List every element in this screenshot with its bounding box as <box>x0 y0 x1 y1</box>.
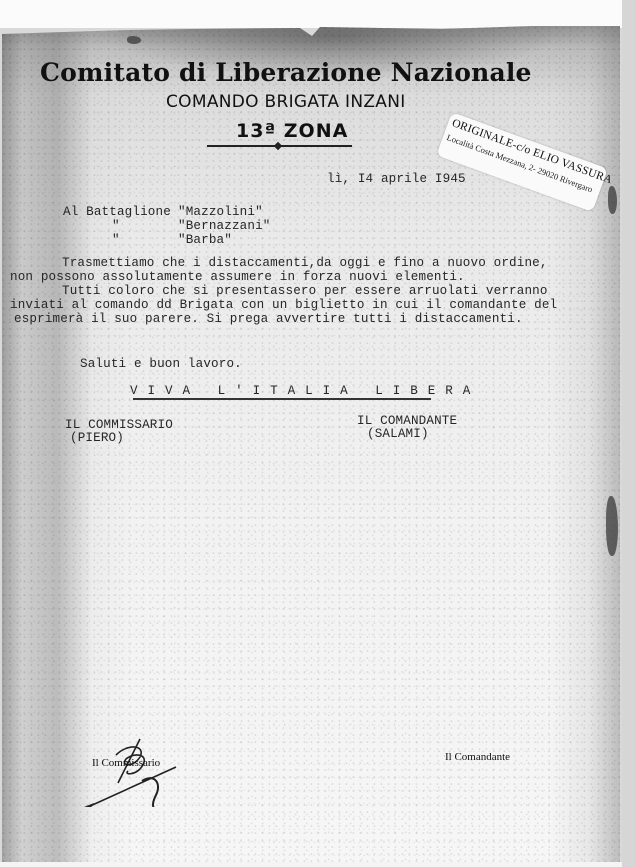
recipient-prefix: Al Battaglione <box>63 205 171 219</box>
letterhead-title: Comitato di Liberazione Nazionale <box>40 58 560 87</box>
signatory-commissario-title: IL COMMISSARIO <box>65 418 173 432</box>
signatory-comandante-title: IL COMANDANTE <box>357 414 457 428</box>
scan-top-margin <box>0 0 622 28</box>
recipient-ditto-mark: " <box>112 233 120 247</box>
body-line: esprimerà il suo parere. Si prega avvert… <box>14 312 523 326</box>
recipient-battalion: "Barba" <box>178 233 232 247</box>
motto-underline <box>133 398 431 400</box>
scan-bottom-strip <box>0 862 622 867</box>
stamp-commissario: Il Commissario <box>92 757 160 769</box>
scan-right-strip <box>622 0 635 867</box>
recipient-battalion: "Bernazzani" <box>178 219 271 233</box>
motto: V I V A L ' I T A L I A L I B E R A <box>130 384 472 398</box>
letterhead-subtitle: COMANDO BRIGATA INZANI <box>166 92 426 112</box>
edge-stain <box>608 186 617 214</box>
body-line: Tutti coloro che si presentassero per es… <box>62 284 548 298</box>
edge-stain <box>127 36 141 44</box>
closing-greeting: Saluti e buon lavoro. <box>80 357 242 371</box>
body-line: inviati al comando dd Brigata con un big… <box>10 298 557 312</box>
body-line: Trasmettiamo che i distaccamenti,da oggi… <box>62 256 548 270</box>
letter-date: lì, I4 aprile I945 <box>327 172 466 186</box>
recipient-battalion: "Mazzolini" <box>178 205 263 219</box>
recipient-ditto-mark: " <box>112 219 120 233</box>
letterhead-zone: 13ª ZONA <box>236 120 396 142</box>
handwritten-signature <box>80 737 200 807</box>
letterhead-divider <box>207 145 352 147</box>
signatory-commissario-name: (PIERO) <box>70 431 124 445</box>
signatory-comandante-name: (SALAMI) <box>367 427 429 441</box>
body-line: non possono assolutamente assumere in fo… <box>10 270 465 284</box>
stamp-comandante: Il Comandante <box>445 751 510 763</box>
